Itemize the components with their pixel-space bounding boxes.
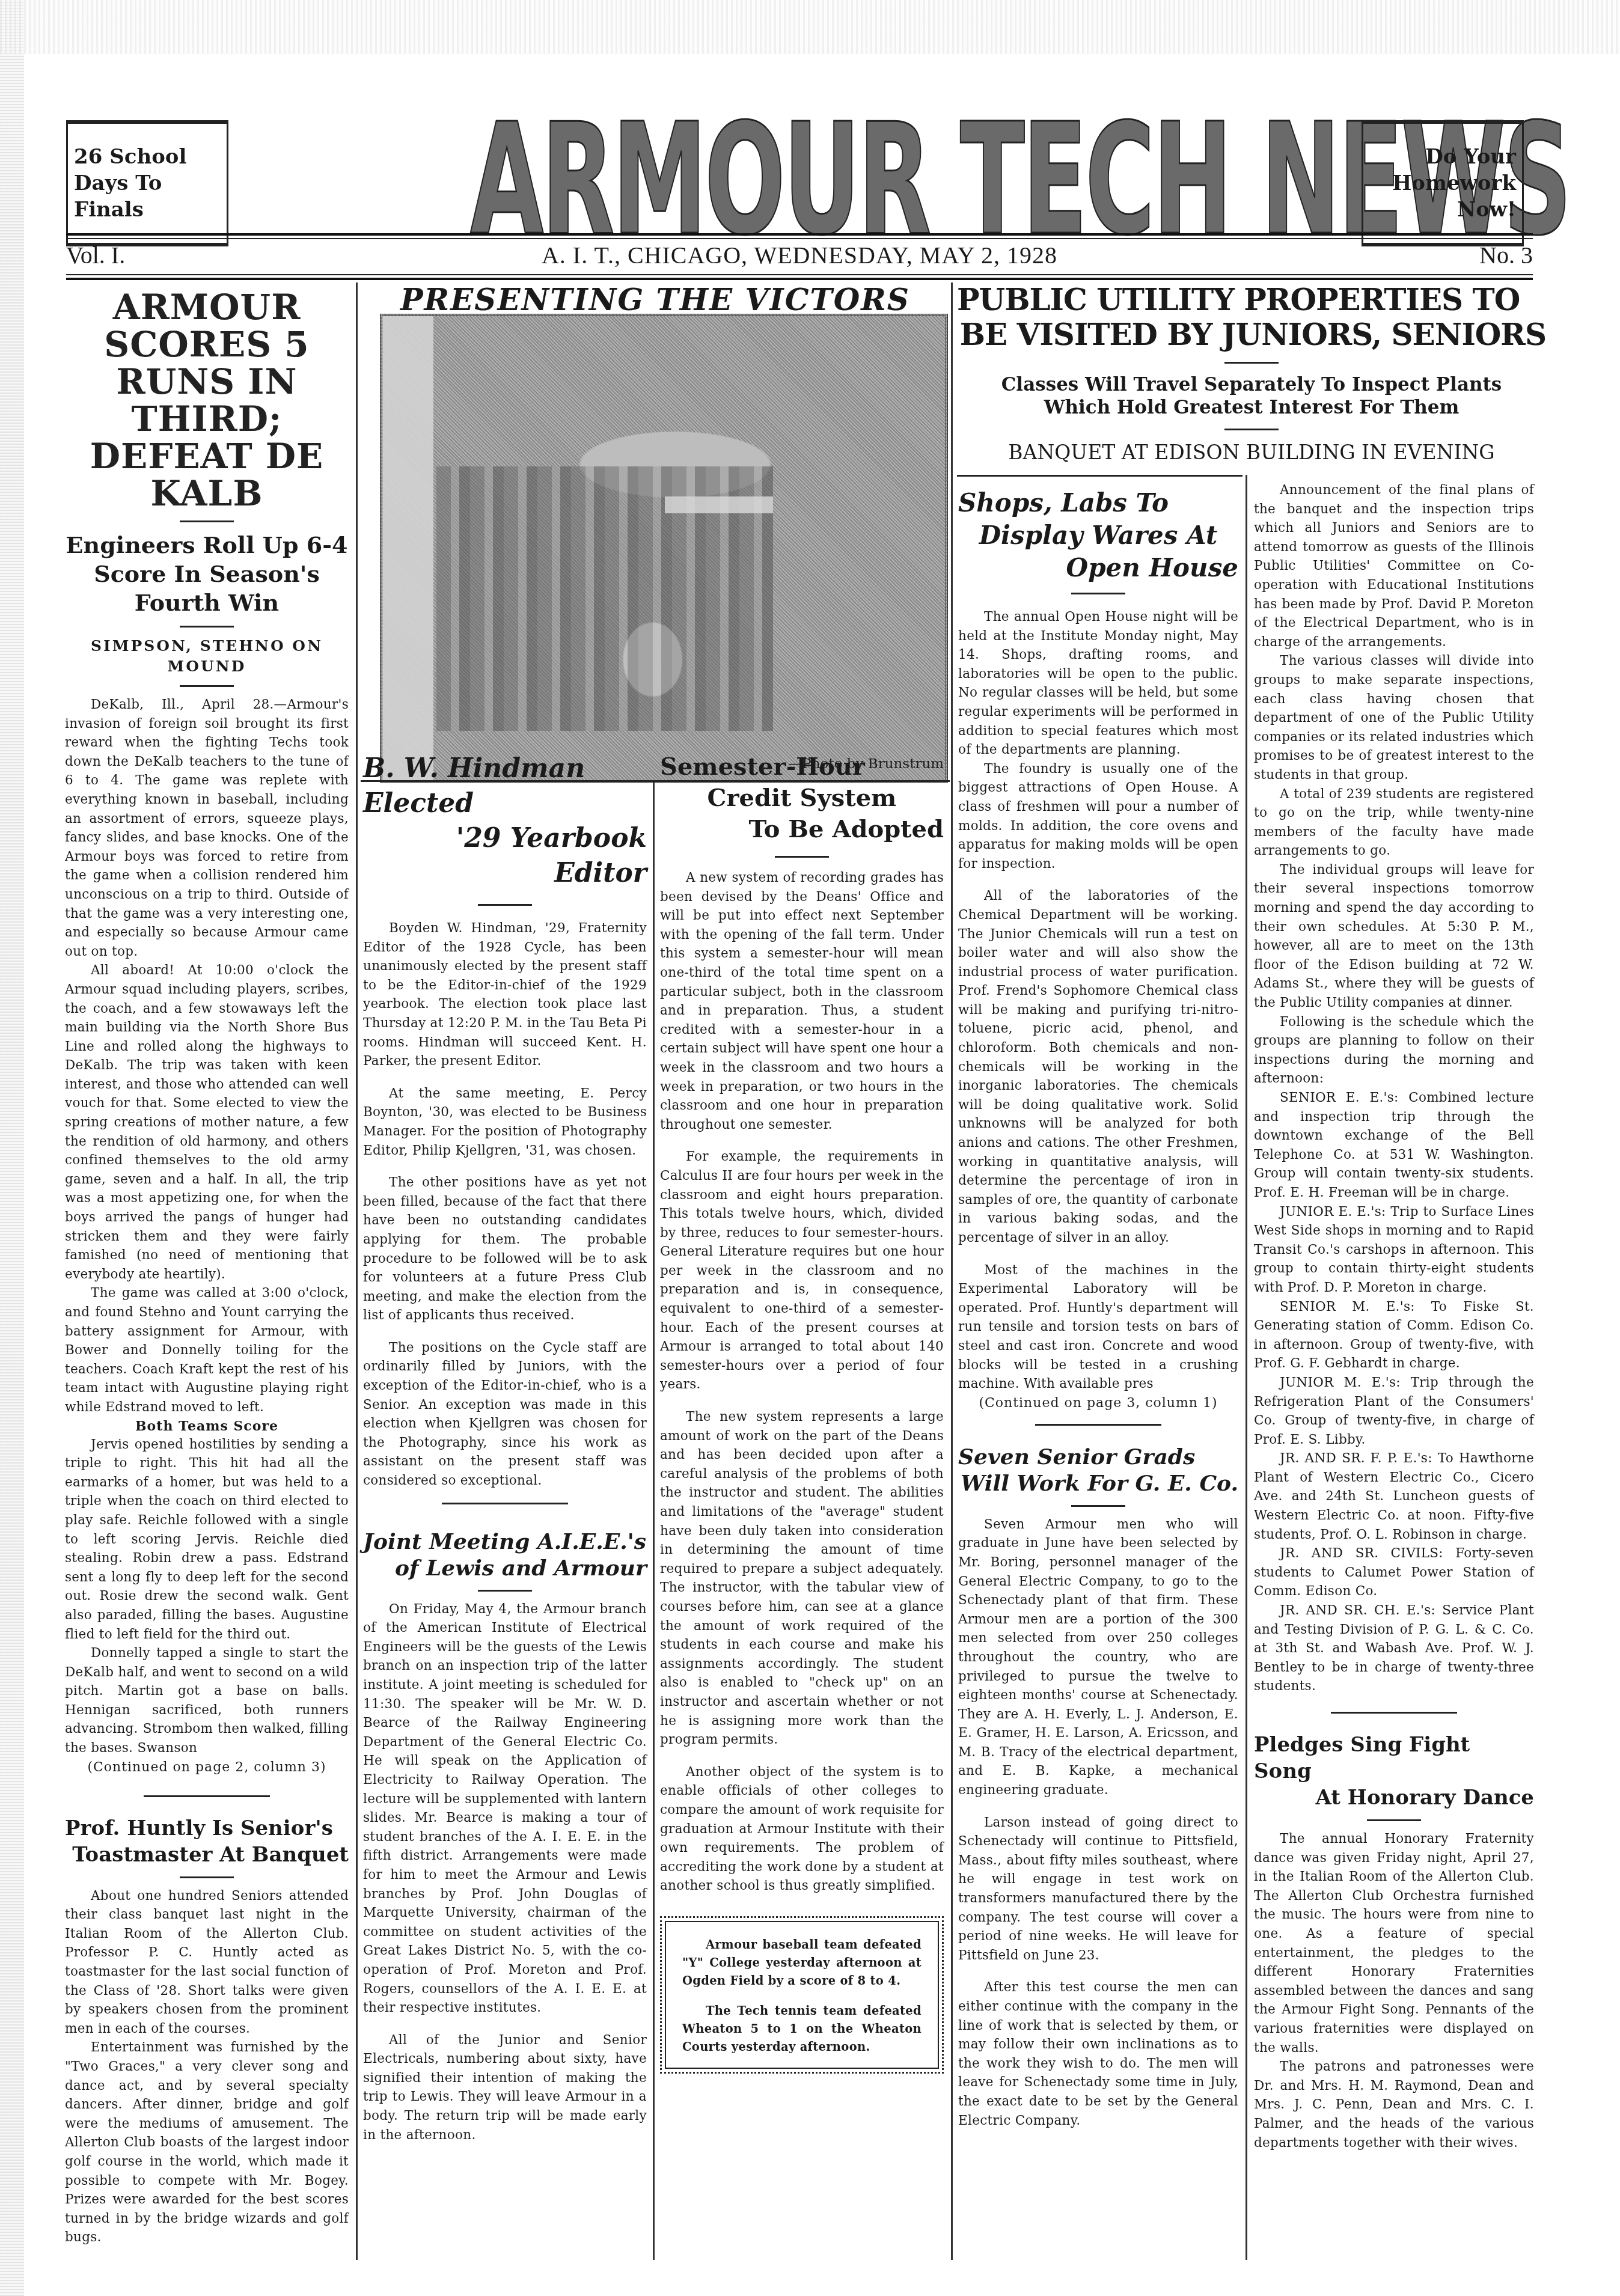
scan-edge — [0, 0, 24, 2296]
paragraph: The annual Honorary Fraternity dance was… — [1254, 1830, 1534, 2057]
paragraph: The game was called at 3:00 o'clock, and… — [65, 1284, 349, 1417]
article-aiee: Joint Meeting A.I.E.E.'s of Lewis and Ar… — [363, 1528, 647, 2145]
paragraph: A new system of recording grades has bee… — [660, 869, 944, 1134]
divider — [1224, 429, 1279, 430]
schedule-senior-ee: SENIOR E. E.'s: Combined lecture and ins… — [1254, 1088, 1534, 1203]
paragraph: All of the Junior and Senior Electricals… — [363, 2031, 647, 2145]
paragraph: DeKalb, Ill., April 28.—Armour's invasio… — [65, 695, 349, 961]
paragraph: Most of the machines in the Experimental… — [958, 1261, 1238, 1394]
masthead-rule-bottom-thin — [66, 274, 1533, 275]
divider — [1331, 1712, 1457, 1714]
paragraph: On Friday, May 4, the Armour branch of t… — [363, 1600, 647, 2018]
paragraph: The other positions have as yet not been… — [363, 1173, 647, 1325]
divider — [1071, 1505, 1125, 1507]
schedule-senior-me: SENIOR M. E.'s: To Fiske St. Generating … — [1254, 1298, 1534, 1373]
article-pledges: Pledges Sing Fight Song At Honorary Danc… — [1254, 1732, 1534, 2152]
masthead-rule-top — [66, 233, 1533, 236]
utility-headline-block: PUBLIC UTILITY PROPERTIES TO BE VISITED … — [957, 282, 1546, 465]
divider — [1224, 362, 1279, 364]
subdeck: SIMPSON, STEHNO ON MOUND — [65, 636, 349, 677]
paragraph: A total of 239 students are registered t… — [1254, 785, 1534, 861]
column-rule-4 — [1246, 475, 1247, 2260]
headline-line-2: Will Work For G. E. Co. — [958, 1470, 1238, 1497]
paragraph: The foundry is usually one of the bigges… — [958, 760, 1238, 874]
divider — [180, 521, 234, 522]
deck: Engineers Roll Up 6-4 Score In Season's … — [65, 531, 349, 617]
paragraph: Announcement of the final plans of the b… — [1254, 481, 1534, 652]
paragraph: Following is the schedule which the grou… — [1254, 1013, 1534, 1088]
headline-line-2: Credit System — [660, 783, 944, 814]
paragraph: At the same meeting, E. Percy Boynton, '… — [363, 1084, 647, 1160]
divider — [180, 685, 234, 687]
paragraph: The annual Open House night will be held… — [958, 608, 1238, 760]
paragraph: All of the laboratories of the Chemical … — [958, 887, 1238, 1247]
divider — [478, 904, 532, 906]
subdeck: BANQUET AT EDISON BUILDING IN EVENING — [957, 440, 1546, 465]
divider — [1071, 593, 1125, 594]
paragraph: The positions on the Cycle staff are ord… — [363, 1339, 647, 1491]
masthead-rule-top-thin — [66, 238, 1533, 239]
sports-bulletin-box: Armour baseball team defeated "Y" Colleg… — [660, 1916, 944, 2074]
headline-line-1: PUBLIC UTILITY PROPERTIES TO — [957, 282, 1546, 317]
victors-photo — [380, 314, 948, 783]
paragraph: Seven Armour men who will graduate in Ju… — [958, 1515, 1238, 1800]
column-rule-1 — [356, 282, 358, 2260]
bulletin-tennis: The Tech tennis team defeated Wheaton 5 … — [682, 2002, 922, 2056]
article-huntly: Prof. Huntly Is Senior's Toastmaster At … — [65, 1815, 349, 2247]
paragraph: Donnelly tapped a single to start the De… — [65, 1644, 349, 1758]
column-rule-3 — [951, 282, 953, 2260]
headline-line-1: B. W. Hindman Elected — [363, 751, 647, 821]
divider — [442, 1503, 568, 1504]
paragraph: All aboard! At 10:00 o'clock the Armour … — [65, 961, 349, 1284]
schedule-civils: JR. AND SR. CIVILS: Forty-seven students… — [1254, 1544, 1534, 1601]
headline-line-1: Joint Meeting A.I.E.E.'s — [363, 1528, 647, 1555]
headline-line-2: At Honorary Dance — [1254, 1785, 1534, 1811]
article-openhouse: Shops, Labs To Display Wares At Open Hou… — [958, 487, 1238, 2130]
divider — [180, 1876, 234, 1878]
scan-top-grain — [0, 0, 1620, 54]
article-hindman: B. W. Hindman Elected '29 Yearbook Edito… — [363, 751, 647, 2145]
divider — [180, 626, 234, 627]
paragraph: For example, the requirements in Calculu… — [660, 1147, 944, 1394]
headline-line-1: Shops, Labs To — [958, 487, 1238, 519]
headline-line-2: BE VISITED BY JUNIORS, SENIORS — [957, 317, 1546, 352]
issue-date: A. I. T., CHICAGO, WEDNESDAY, MAY 2, 192… — [66, 240, 1533, 270]
headline-line-3: To Be Adopted — [660, 814, 944, 845]
divider — [1367, 1819, 1421, 1821]
right-ear-text: Do Your Homework Now! — [1369, 144, 1516, 223]
headline: ARMOUR SCORES 5 RUNS IN THIRD; DEFEAT DE… — [65, 289, 349, 512]
article-ge: Seven Senior Grads Will Work For G. E. C… — [958, 1444, 1238, 2130]
bulletin-baseball: Armour baseball team defeated "Y" Colleg… — [682, 1936, 922, 1990]
headline-line-1: Pledges Sing Fight Song — [1254, 1732, 1534, 1785]
masthead-rule-bottom — [66, 278, 1533, 280]
schedule-junior-me: JUNIOR M. E.'s: Trip through the Refrige… — [1254, 1373, 1534, 1449]
headline-line-2: of Lewis and Armour — [363, 1555, 647, 1581]
paragraph: About one hundred Seniors attended their… — [65, 1887, 349, 2039]
headline-line-1: Seven Senior Grads — [958, 1444, 1238, 1470]
photo-bus-sign — [665, 496, 773, 513]
schedule-fpe: JR. AND SR. F. P. E.'s: To Hawthorne Pla… — [1254, 1449, 1534, 1544]
divider — [144, 1795, 270, 1797]
schedule-che: JR. AND SR. CH. E.'s: Service Plant and … — [1254, 1601, 1534, 1696]
deck: Classes Will Travel Separately To Inspec… — [957, 373, 1546, 419]
paragraph: Larson instead of going direct to Schene… — [958, 1813, 1238, 1965]
issue-number: No. 3 — [1479, 240, 1533, 270]
paragraph: The various classes will divide into gro… — [1254, 652, 1534, 784]
headline-line-2: Display Wares At — [958, 519, 1238, 552]
right-ear-box: Do Your Homework Now! — [1362, 120, 1524, 246]
dateline: Vol. I. A. I. T., CHICAGO, WEDNESDAY, MA… — [66, 240, 1533, 270]
paragraph: The individual groups will leave for the… — [1254, 861, 1534, 1013]
article-semester: Semester-Hour Credit System To Be Adopte… — [660, 751, 944, 2074]
paragraph: Entertainment was furnished by the "Two … — [65, 2038, 349, 2247]
headline-line-2: Toastmaster At Banquet — [65, 1842, 349, 1868]
headline-line-1: Semester-Hour — [660, 751, 944, 783]
paragraph: Jervis opened hostilities by sending a t… — [65, 1435, 349, 1644]
photo-sky — [382, 316, 433, 780]
divider — [478, 1590, 532, 1592]
column-rule-2 — [653, 781, 655, 2260]
continued-link[interactable]: (Continued on page 2, column 3) — [65, 1758, 349, 1777]
paragraph: The patrons and patronesses were Dr. and… — [1254, 2057, 1534, 2152]
left-ear-text: 26 School Days To Finals — [74, 144, 221, 223]
paragraph: Another object of the system is to enabl… — [660, 1763, 944, 1896]
left-ear-box: 26 School Days To Finals — [66, 120, 228, 246]
paragraph: The new system represents a large amount… — [660, 1408, 944, 1750]
headline-line-2: '29 Yearbook Editor — [363, 821, 647, 891]
divider — [1035, 1424, 1161, 1426]
paragraph: After this test course the men can eithe… — [958, 1978, 1238, 2130]
openhouse-top-rule — [957, 475, 1243, 477]
photo-headline: PRESENTING THE VICTORS — [361, 282, 950, 317]
paragraph: Boyden W. Hindman, '29, Fraternity Edito… — [363, 919, 647, 1071]
divider — [775, 856, 829, 858]
schedule-junior-ee: JUNIOR E. E.'s: Trip to Surface Lines We… — [1254, 1203, 1534, 1298]
article-baseball: ARMOUR SCORES 5 RUNS IN THIRD; DEFEAT DE… — [65, 282, 349, 2247]
headline-line-3: Open House — [958, 552, 1238, 584]
article-utility-body: Announcement of the final plans of the b… — [1254, 481, 1534, 2152]
continued-link[interactable]: (Continued on page 3, column 1) — [958, 1394, 1238, 1413]
headline-line-1: Prof. Huntly Is Senior's — [65, 1815, 349, 1842]
subhead: Both Teams Score — [65, 1417, 349, 1435]
